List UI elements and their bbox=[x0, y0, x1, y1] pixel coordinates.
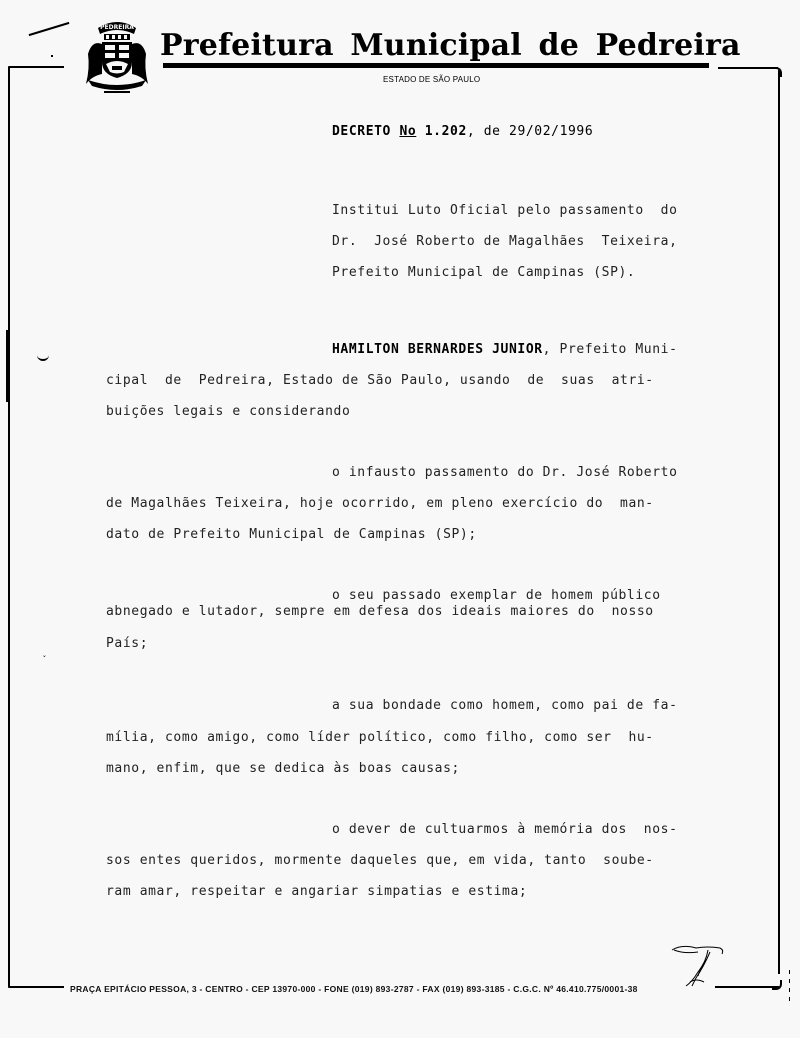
mayor-name: HAMILTON BERNARDES JUNIOR bbox=[332, 342, 543, 357]
consideration-first-line: o infausto passamento do Dr. José Robert… bbox=[332, 465, 678, 480]
margin-mark: ˇ bbox=[42, 655, 47, 664]
signature-initials-icon bbox=[668, 942, 728, 990]
consideration-line: mília, como amigo, como líder político, … bbox=[106, 730, 654, 745]
footer-address: PRAÇA EPITÁCIO PESSOA, 3 - CENTRO - CEP … bbox=[70, 984, 638, 994]
letterhead-title: Prefeitura Municipal de Pedreira bbox=[160, 28, 741, 63]
svg-text:PEDREIRA: PEDREIRA bbox=[100, 24, 134, 31]
margin-mark bbox=[37, 355, 49, 361]
frame-corner-top-right bbox=[772, 67, 782, 77]
decree-heading: DECRETO No 1.202, de 29/02/1996 bbox=[332, 124, 593, 139]
preamble-text: , Prefeito Muni- bbox=[543, 342, 678, 357]
frame-border-left bbox=[8, 66, 10, 988]
preamble-line: buições legais e considerando bbox=[106, 404, 350, 419]
preamble-line: cipal de Pedreira, Estado de São Paulo, … bbox=[106, 373, 654, 388]
summary-line: Institui Luto Oficial pelo passamento do bbox=[332, 203, 678, 218]
frame-border-bottom-left bbox=[8, 986, 64, 988]
dot-mark bbox=[51, 55, 53, 57]
decree-number: 1.202 bbox=[425, 124, 467, 139]
letterhead-subtitle: ESTADO DE SÃO PAULO bbox=[383, 75, 480, 84]
coat-of-arms-icon: PEDREIRA bbox=[84, 18, 150, 96]
consideration-line: sos entes queridos, mormente daqueles qu… bbox=[106, 853, 654, 868]
consideration-first-line: o dever de cultuarmos à memória dos nos- bbox=[332, 822, 678, 837]
consideration-line: de Magalhães Teixeira, hoje ocorrido, em… bbox=[106, 496, 654, 511]
frame-border-left-thick bbox=[6, 330, 9, 402]
decree-label: DECRETO bbox=[332, 124, 391, 139]
consideration-line: dato de Prefeito Municipal de Campinas (… bbox=[106, 527, 477, 542]
frame-border-right bbox=[778, 70, 780, 974]
consideration-line: abnegado e lutador, sempre em defesa dos… bbox=[106, 604, 654, 619]
frame-corner-bottom-right bbox=[772, 980, 782, 990]
decree-date: 29/02/1996 bbox=[509, 124, 593, 139]
pen-stroke-mark bbox=[29, 22, 70, 36]
decree-number-label: No bbox=[399, 124, 416, 139]
frame-border-top-right bbox=[718, 67, 778, 69]
consideration-line: ram amar, respeitar e angariar simpatias… bbox=[106, 884, 527, 899]
consideration-line: País; bbox=[106, 636, 148, 651]
preamble-first-line: HAMILTON BERNARDES JUNIOR, Prefeito Muni… bbox=[332, 342, 678, 357]
summary-line: Prefeito Municipal de Campinas (SP). bbox=[332, 265, 635, 280]
decree-date-prefix: , de bbox=[467, 124, 509, 139]
consideration-line: mano, enfim, que se dedica às boas causa… bbox=[106, 761, 460, 776]
letterhead-rule bbox=[163, 63, 709, 68]
consideration-first-line: o seu passado exemplar de homem público bbox=[332, 588, 661, 603]
consideration-first-line: a sua bondade como homem, como pai de fa… bbox=[332, 698, 678, 713]
frame-border-top-left bbox=[8, 66, 64, 68]
scan-edge-dashes bbox=[789, 970, 790, 1006]
summary-line: Dr. José Roberto de Magalhães Teixeira, bbox=[332, 234, 678, 249]
